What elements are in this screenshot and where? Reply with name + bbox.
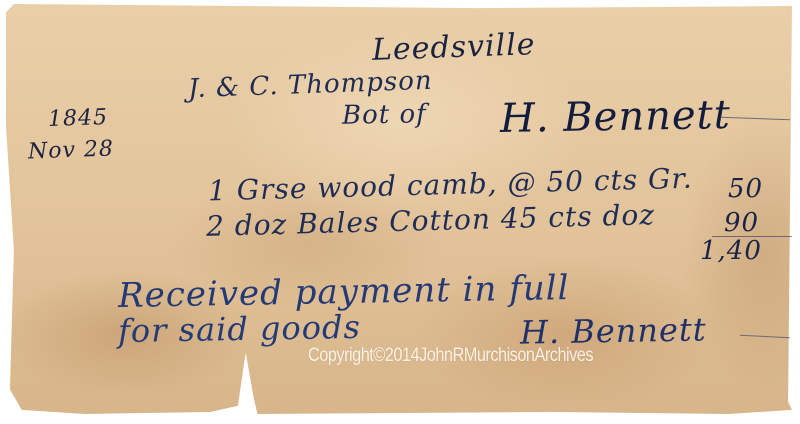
receipt-note-line-2: for said goods: [118, 308, 362, 350]
copyright-watermark: Copyright©2014JohnRMurchisonArchives: [308, 345, 593, 367]
date-month-day: Nov 28: [28, 137, 115, 165]
seller-name: H. Bennett: [500, 92, 732, 142]
line-item-2-amount: 90: [724, 208, 759, 238]
bought-of-label: Bot of: [342, 99, 427, 130]
total-amount: 1,40: [700, 236, 762, 266]
date-year: 1845: [48, 105, 109, 132]
place-name: Leedsville: [371, 27, 536, 68]
line-item-1-amount: 50: [728, 174, 763, 204]
